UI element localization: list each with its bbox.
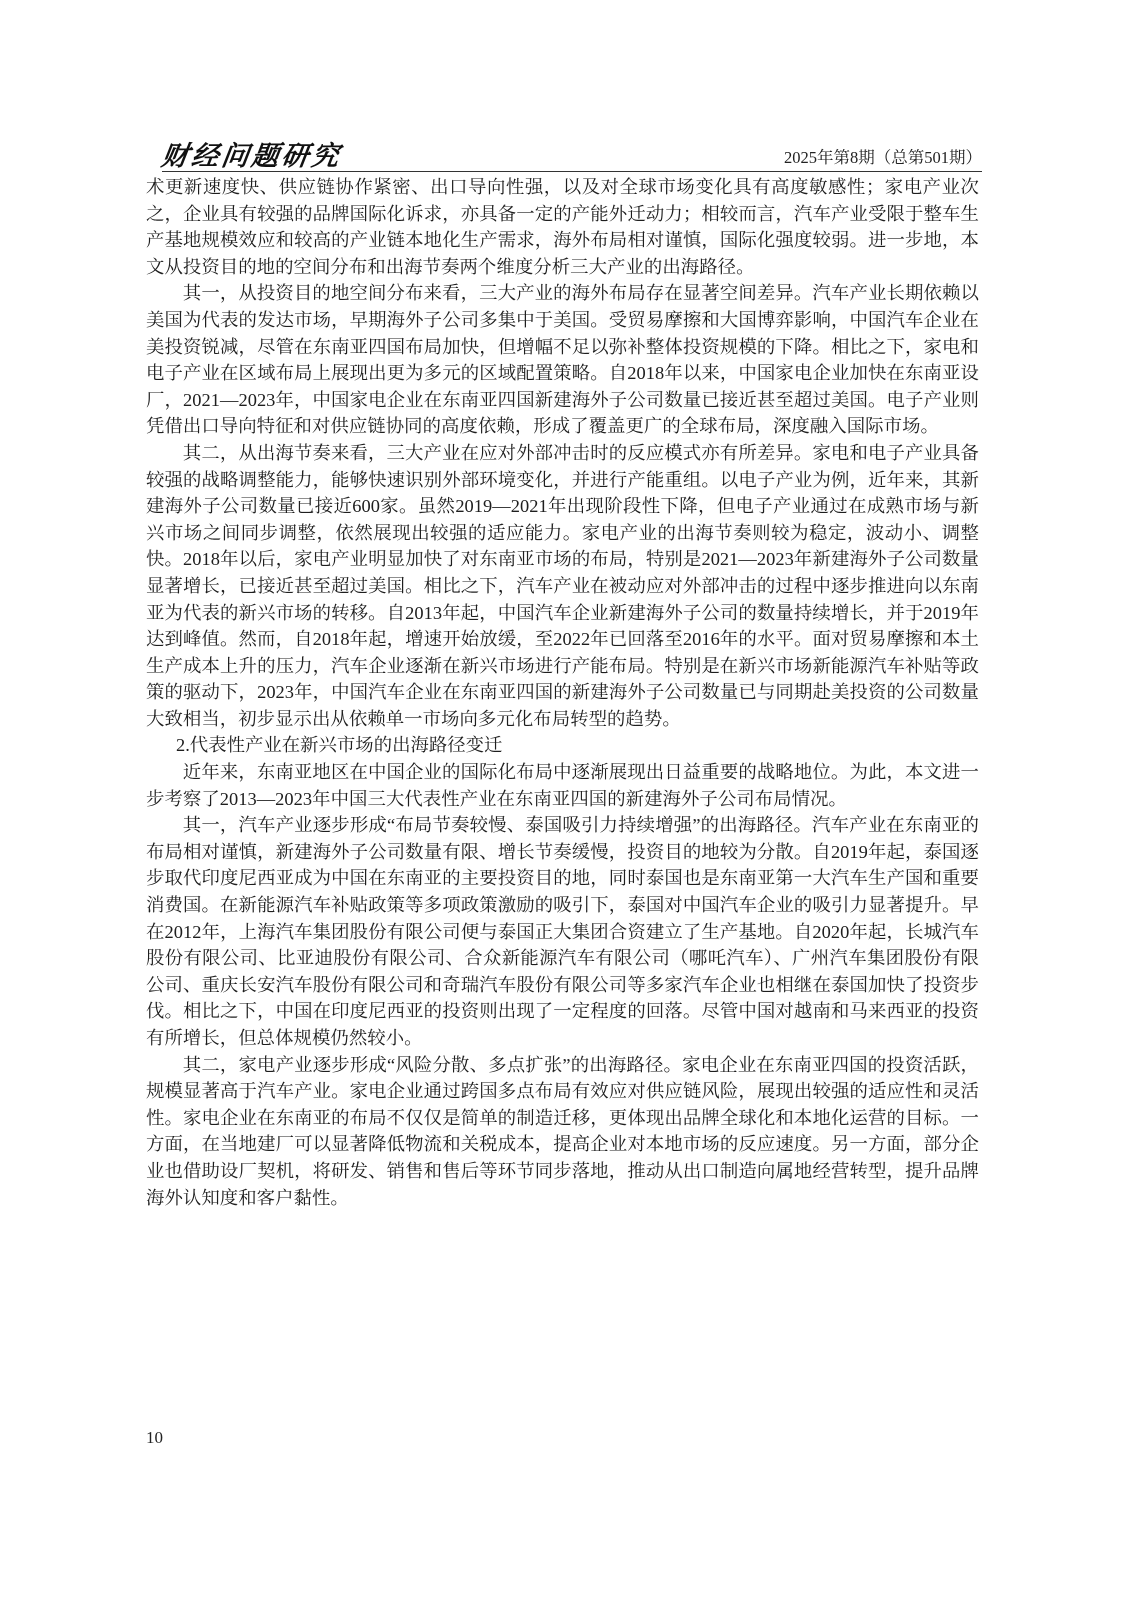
header-rule: [162, 171, 982, 172]
paragraph-auto-industry: 其一，汽车产业逐步形成“布局节奏较慢、泰国吸引力持续增强”的出海路径。汽车产业在…: [146, 812, 979, 1051]
paragraph-spatial-distribution: 其一，从投资目的地空间分布来看，三大产业的海外布局存在显著空间差异。汽车产业长期…: [146, 280, 979, 440]
running-header: 财经问题研究 2025年第8期（总第501期）: [162, 132, 982, 172]
paragraph-appliance-industry: 其二，家电产业逐步形成“风险分散、多点扩张”的出海路径。家电企业在东南亚四国的投…: [146, 1052, 979, 1212]
section-subheading: 2.代表性产业在新兴市场的出海路径变迁: [146, 732, 979, 759]
paragraph-pace: 其二，从出海节奏来看，三大产业在应对外部冲击时的反应模式亦有所差异。家电和电子产…: [146, 440, 979, 733]
page-number: 10: [146, 1428, 163, 1448]
issue-info: 2025年第8期（总第501期）: [784, 144, 982, 168]
paragraph-continuation: 术更新速度快、供应链协作紧密、出口导向性强，以及对全球市场变化具有高度敏感性；家…: [146, 174, 979, 280]
paragraph-southeast-asia-intro: 近年来，东南亚地区在中国企业的国际化布局中逐渐展现出日益重要的战略地位。为此，本…: [146, 759, 979, 812]
article-body: 术更新速度快、供应链协作紧密、出口导向性强，以及对全球市场变化具有高度敏感性；家…: [146, 174, 979, 1211]
journal-logo: 财经问题研究: [159, 134, 344, 173]
